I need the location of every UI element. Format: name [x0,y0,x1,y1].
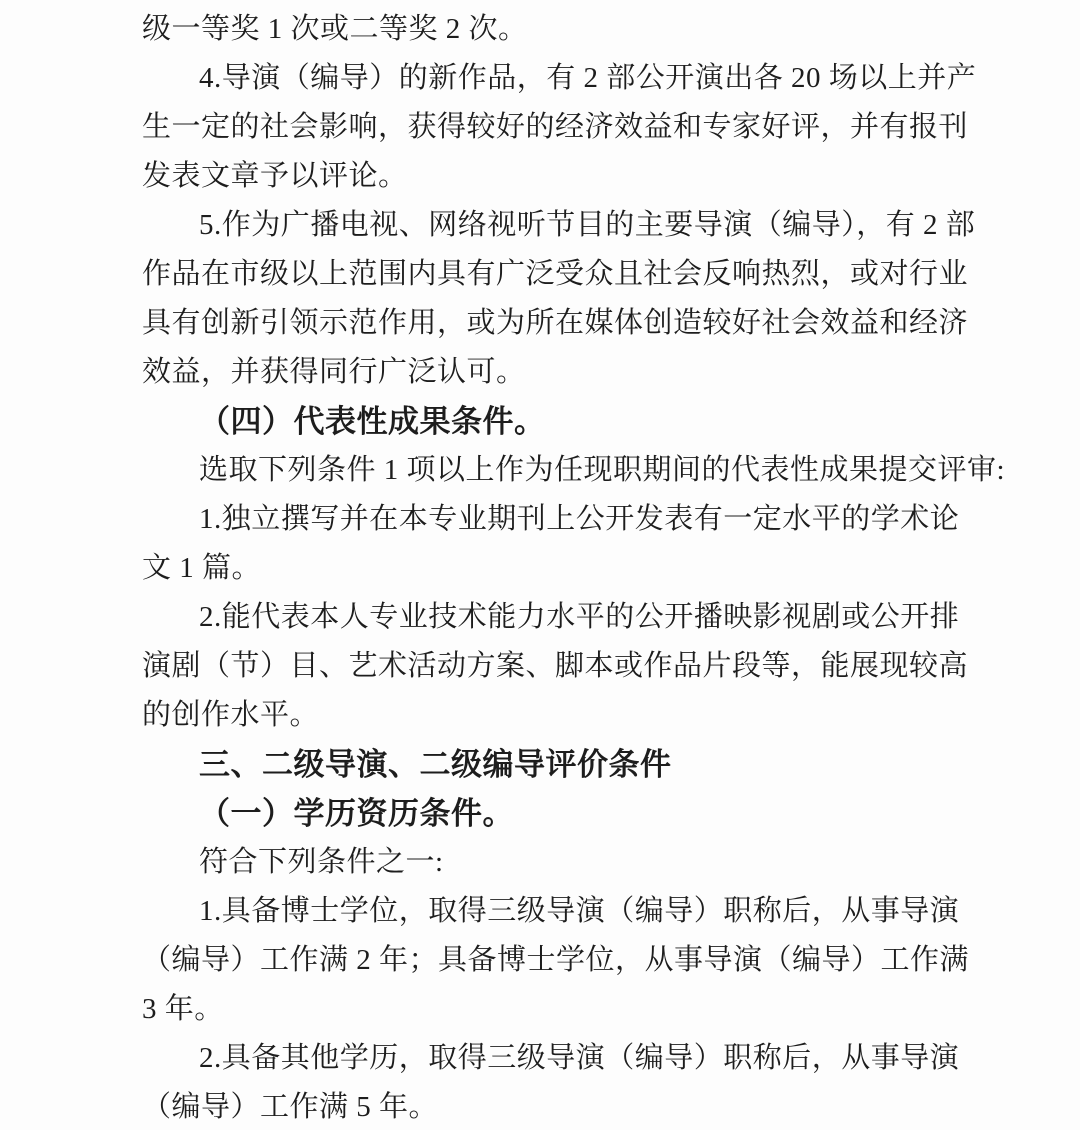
text-line: （四）代表性成果条件。 [142,397,954,446]
document-page: 级一等奖 1 次或二等奖 2 次。4.导演（编导）的新作品，有 2 部公开演出各… [0,0,1080,1130]
text-line: 选取下列条件 1 项以上作为任现职期间的代表性成果提交评审: [142,446,954,495]
text-line: 2.能代表本人专业技术能力水平的公开播映影视剧或公开排 [142,593,954,642]
text-line: 1.独立撰写并在本专业期刊上公开发表有一定水平的学术论 [142,495,954,544]
text-line: 符合下列条件之一: [142,838,954,887]
text-line: 1.具备博士学位，取得三级导演（编导）职称后，从事导演 [142,887,954,936]
text-line: 作品在市级以上范围内具有广泛受众且社会反响热烈，或对行业 [142,250,954,299]
text-line: 文 1 篇。 [142,544,954,593]
text-line: 的创作水平。 [142,691,954,740]
text-column: 级一等奖 1 次或二等奖 2 次。4.导演（编导）的新作品，有 2 部公开演出各… [142,5,954,1130]
text-line: 生一定的社会影响，获得较好的经济效益和专家好评，并有报刊 [142,103,954,152]
text-line: 5.作为广播电视、网络视听节目的主要导演（编导），有 2 部 [142,201,954,250]
text-line: 具有创新引领示范作用，或为所在媒体创造较好社会效益和经济 [142,299,954,348]
text-line: （编导）工作满 2 年；具备博士学位，从事导演（编导）工作满 [142,936,954,985]
text-line: 4.导演（编导）的新作品，有 2 部公开演出各 20 场以上并产 [142,54,954,103]
text-line: 演剧（节）目、艺术活动方案、脚本或作品片段等，能展现较高 [142,642,954,691]
text-line: （编导）工作满 5 年。 [142,1083,954,1130]
text-line: 3 年。 [142,985,954,1034]
text-line: 三、二级导演、二级编导评价条件 [142,740,954,789]
text-line: 发表文章予以评论。 [142,152,954,201]
text-line: 级一等奖 1 次或二等奖 2 次。 [142,5,954,54]
text-line: 效益，并获得同行广泛认可。 [142,348,954,397]
text-line: （一）学历资历条件。 [142,789,954,838]
text-line: 2.具备其他学历，取得三级导演（编导）职称后，从事导演 [142,1034,954,1083]
